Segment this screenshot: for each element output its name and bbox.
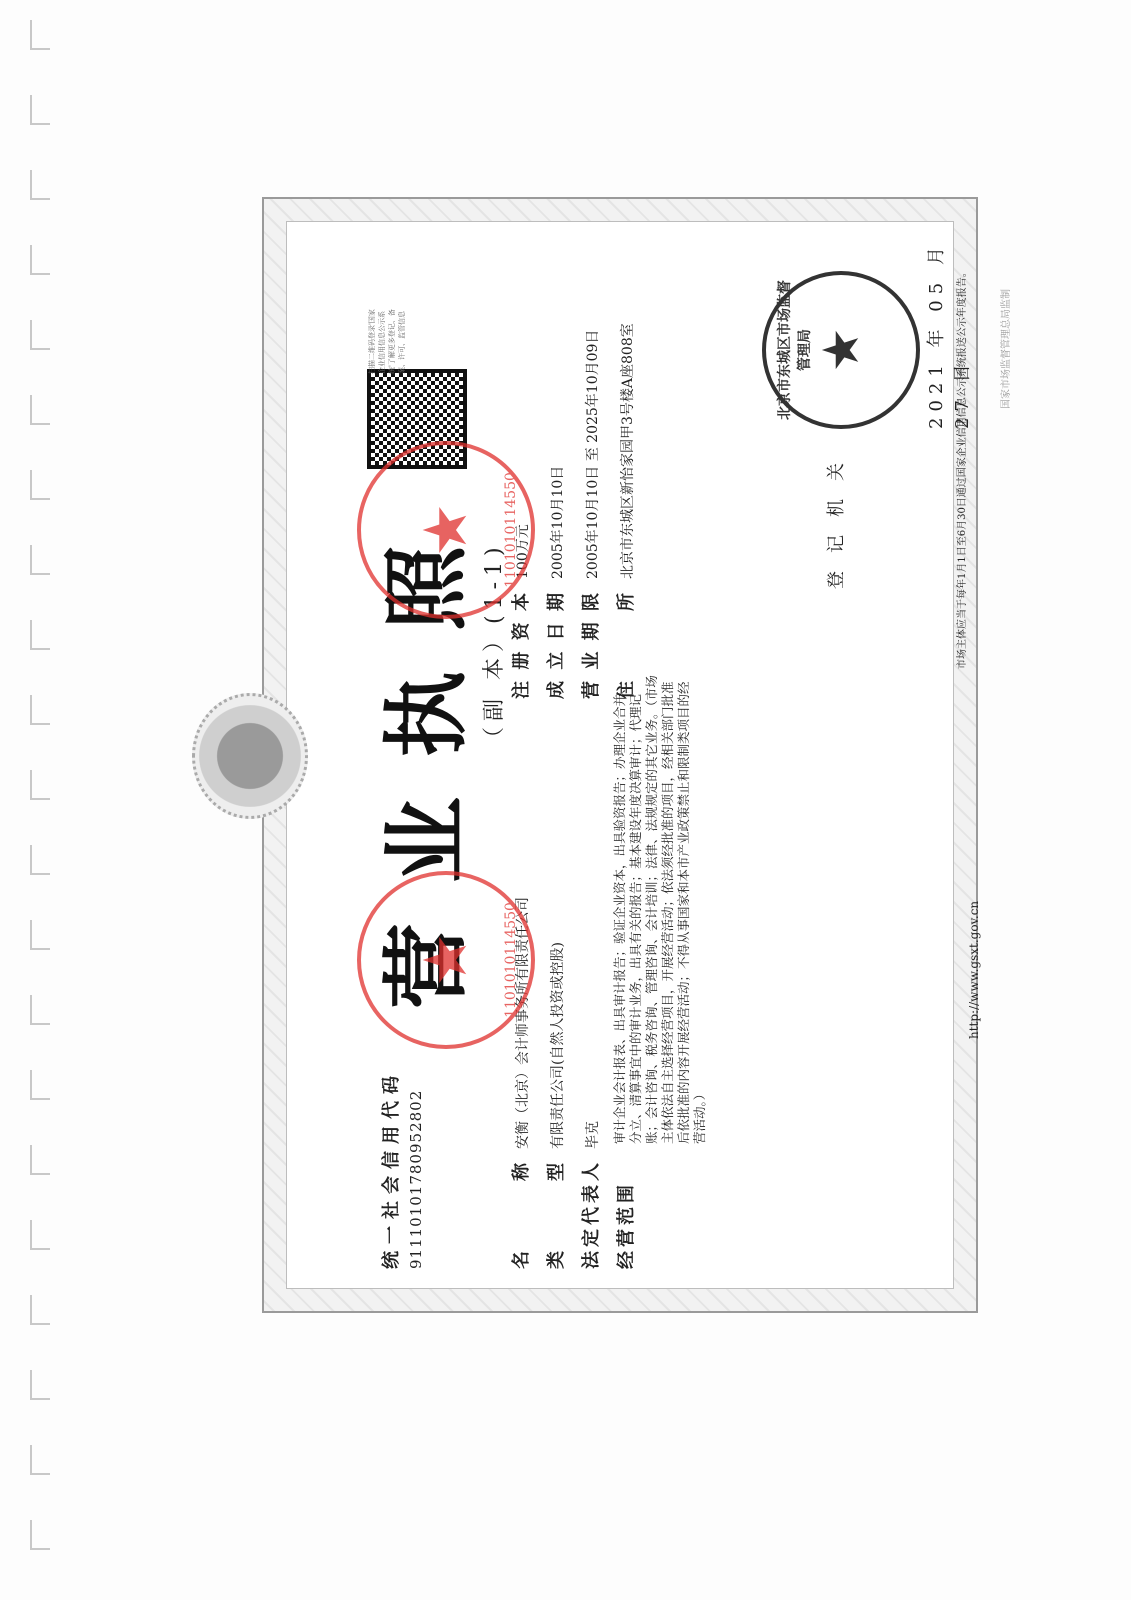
- binder-mark: [30, 20, 50, 50]
- certificate-content: 统一社会信用代码 91110101780952802 营业执照 （副 本）(1-…: [262, 197, 974, 1309]
- company-seal-1: ★1101010114550: [357, 871, 535, 1049]
- binder-mark: [30, 320, 50, 350]
- binder-mark: [30, 470, 50, 500]
- binder-mark: [30, 845, 50, 875]
- binder-mark: [30, 695, 50, 725]
- binder-mark: [30, 1445, 50, 1475]
- credit-code-label: 统一社会信用代码: [377, 1069, 403, 1269]
- binder-mark: [30, 545, 50, 575]
- field-established: 成立日期2005年10月10日: [542, 466, 568, 699]
- binder-mark: [30, 1520, 50, 1550]
- binder-mark: [30, 1070, 50, 1100]
- company-seal-2: ★1101010114550: [357, 441, 535, 619]
- scope-label: 经营范围: [612, 1181, 638, 1269]
- binder-mark: [30, 770, 50, 800]
- binder-mark: [30, 1370, 50, 1400]
- national-emblem-icon: [192, 693, 308, 819]
- binder-mark: [30, 995, 50, 1025]
- binder-mark: [30, 170, 50, 200]
- field-address: 住所北京市东城区新怡家园甲3号楼A座808室: [612, 323, 638, 699]
- binder-mark: [30, 920, 50, 950]
- binder-mark: [30, 395, 50, 425]
- footer-note: 市场主体应当于每年1月1日至6月30日通过国家企业信用信息公示系统报送公示年度报…: [957, 267, 969, 669]
- binder-mark: [30, 245, 50, 275]
- binder-mark: [30, 620, 50, 650]
- field-legal-rep: 法定代表人毕克: [577, 1121, 603, 1269]
- side-text: 国家市场监督管理总局监制: [997, 289, 1012, 409]
- binder-mark: [30, 1220, 50, 1250]
- qr-note: 扫描二维码登录'国家企业信用信息公示系统'了解更多登记、备案、许可、监管信息: [367, 304, 407, 374]
- field-type: 类型有限责任公司(自然人投资或控股): [542, 942, 568, 1269]
- government-seal: ★北京市东城区市场监督管理局: [762, 271, 920, 429]
- registration-authority: 登记机关: [822, 445, 848, 589]
- footer-url: http://www.gsxt.gov.cn: [967, 901, 981, 1039]
- credit-code-value: 91110101780952802: [407, 1090, 425, 1269]
- binder-mark: [30, 95, 50, 125]
- binder-mark: [30, 1145, 50, 1175]
- scope-text: 审计企业会计报表、出具审计报告；验证企业资本，出具验资报告；办理企业合并、分立、…: [612, 674, 708, 1144]
- binder-mark: [30, 1295, 50, 1325]
- field-term: 营业期限2005年10月10日 至 2025年10月09日: [577, 330, 603, 699]
